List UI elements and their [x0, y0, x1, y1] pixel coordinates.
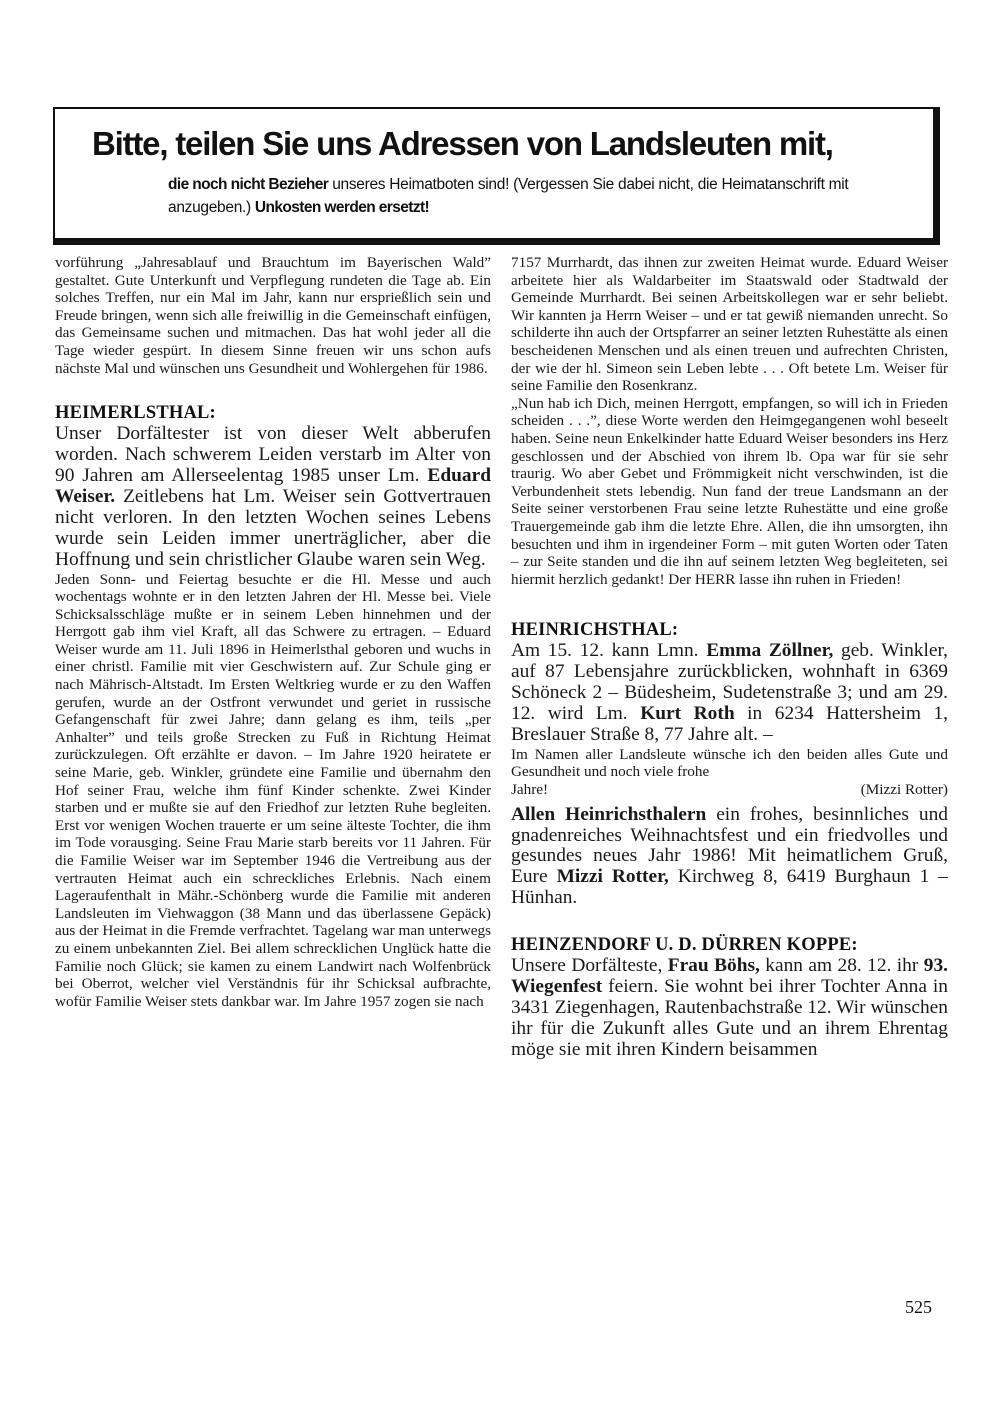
obituary-continued-1: 7157 Murrhardt, das ihnen zur zweiten He… — [511, 254, 948, 395]
obituary-lead-text-2: Zeitlebens hat Lm. Weiser sein Gottvertr… — [55, 486, 491, 570]
birthday-name-1: Emma Zöllner, — [706, 640, 833, 661]
section-heading-heimerlsthal: HEIMERLSTHAL: — [55, 402, 491, 424]
notice-bold-tail: Unkosten werden ersetzt! — [255, 199, 429, 216]
christmas-greeting: Allen Heinrichsthalern ein frohes, besin… — [511, 805, 948, 910]
birthday-text-1: Am 15. 12. kann Lmn. — [511, 640, 706, 661]
spacer — [55, 377, 491, 402]
obituary-body: Jeden Sonn- und Feiertag besuchte er die… — [55, 571, 491, 1011]
page-number: 525 — [905, 1297, 932, 1318]
obituary-lead: Unser Dorfältester ist von dieser Welt a… — [55, 424, 491, 570]
intro-paragraph: vorführung „Jahresablauf und Brauchtum i… — [55, 254, 491, 377]
birthday2-text-1: Unsere Dorfälteste, — [511, 955, 668, 976]
notice-title: Bitte, teilen Sie uns Adressen von Lands… — [92, 125, 833, 163]
right-column: 7157 Murrhardt, das ihnen zur zweiten He… — [511, 254, 948, 1061]
obituary-lead-text-1: Unser Dorfältester ist von dieser Welt a… — [55, 423, 491, 486]
notice-text: die noch nicht Bezieher unseres Heimatbo… — [168, 173, 908, 219]
notice-bold-lead: die noch nicht Bezieher — [168, 176, 328, 193]
birthday-name-2: Kurt Roth — [640, 703, 734, 724]
left-column: vorführung „Jahresablauf und Brauchtum i… — [55, 254, 491, 1010]
wishes-signature: (Mizzi Rotter) — [861, 781, 948, 799]
section-heading-heinzendorf: HEINZENDORF U. D. DÜRREN KOPPE: — [511, 934, 948, 956]
birthday-notice-2: Unsere Dorfälteste, Frau Böhs, kann am 2… — [511, 956, 948, 1061]
birthday2-text-2: kann am 28. 12. ihr — [760, 955, 924, 976]
birthday2-name: Frau Böhs, — [668, 955, 760, 976]
spacer — [511, 909, 948, 934]
greeting-signature-name: Mizzi Rotter, — [557, 866, 669, 887]
wishes-paragraph: Im Namen aller Landsleute wünsche ich de… — [511, 746, 948, 781]
spacer — [511, 588, 948, 619]
section-heading-heinrichsthal: HEINRICHSTHAL: — [511, 619, 948, 641]
wishes-signature-line: Jahre! (Mizzi Rotter) — [511, 781, 948, 799]
greeting-lead: Allen Heinrichsthalern — [511, 804, 706, 825]
birthday-notice: Am 15. 12. kann Lmn. Emma Zöllner, geb. … — [511, 641, 948, 746]
obituary-continued-2: „Nun hab ich Dich, meinen Herrgott, empf… — [511, 395, 948, 589]
wishes-last-word: Jahre! — [511, 781, 548, 799]
address-request-notice: Bitte, teilen Sie uns Adressen von Lands… — [53, 107, 940, 245]
